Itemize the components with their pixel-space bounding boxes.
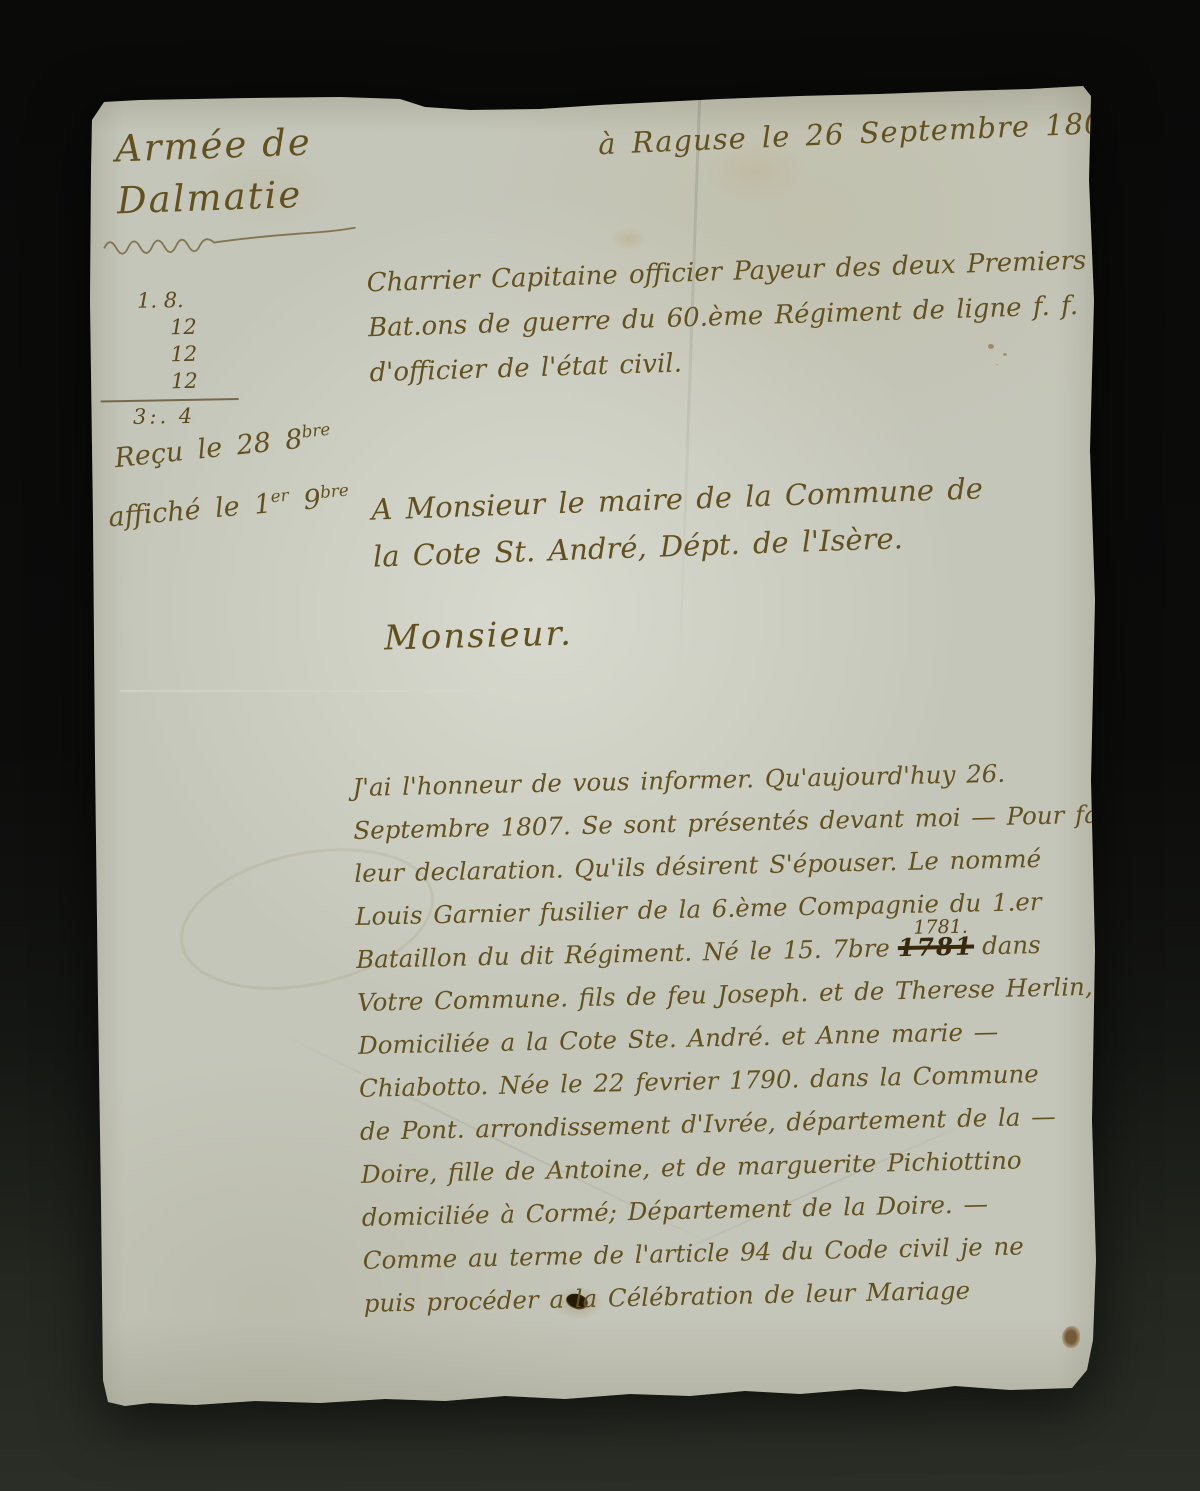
note-text: Reçu le 28 8 bbox=[113, 424, 304, 475]
salutation: Monsieur. bbox=[384, 614, 574, 659]
page-space: Armée de Dalmatie à Raguse le 26 Septemb… bbox=[0, 0, 1200, 1491]
note-sup: er bbox=[270, 485, 290, 506]
stain bbox=[1062, 1326, 1080, 1348]
letter-paper: Armée de Dalmatie à Raguse le 26 Septemb… bbox=[85, 80, 1097, 1410]
place-date-line: à Raguse le 26 Septembre 1807. bbox=[598, 105, 1134, 161]
army-line2: Dalmatie bbox=[116, 169, 314, 228]
army-line1: Armée de bbox=[114, 117, 312, 176]
figure-line: 12 bbox=[127, 313, 239, 342]
date-correction-added: 1781. bbox=[913, 906, 968, 950]
army-letterhead: Armée de Dalmatie bbox=[114, 117, 314, 228]
paper-shadow-wrap: Armée de Dalmatie à Raguse le 26 Septemb… bbox=[0, 0, 1200, 1491]
note-text: affiché le 1 bbox=[107, 488, 272, 533]
stain bbox=[612, 228, 646, 250]
body-line-pre: Bataillon du dit Régiment. Né le 15. 7br… bbox=[356, 933, 890, 974]
note-text: 9 bbox=[288, 484, 322, 518]
flourish-underline bbox=[100, 223, 361, 258]
stain bbox=[1050, 1388, 1061, 1397]
paper-crease bbox=[678, 88, 702, 688]
address-block: A Monsieur le maire de la Commune de la … bbox=[371, 465, 986, 580]
margin-note-posted: affiché le 1er 9bre bbox=[107, 480, 351, 534]
sender-block: Charrier Capitaine officier Payeur des d… bbox=[366, 239, 1090, 397]
figure-total: 3:. 4 bbox=[129, 402, 241, 431]
note-sup: bre bbox=[319, 480, 349, 502]
figure-line: 12 bbox=[128, 340, 240, 369]
date-correction: 1781.1781 bbox=[897, 924, 974, 969]
note-sup: bre bbox=[301, 419, 332, 442]
margin-account-figures: 1. 8. 12 12 12 3:. 4 bbox=[127, 286, 241, 431]
figure-line: 1. 8. bbox=[127, 286, 239, 315]
figure-line: 12 bbox=[128, 367, 240, 396]
document-photo: Armée de Dalmatie à Raguse le 26 Septemb… bbox=[0, 0, 1200, 1491]
body-line-post: dans bbox=[982, 930, 1041, 960]
paper-crease bbox=[120, 690, 540, 692]
letter-body: J'ai l'honneur de vous informer. Qu'aujo… bbox=[352, 749, 1124, 1324]
